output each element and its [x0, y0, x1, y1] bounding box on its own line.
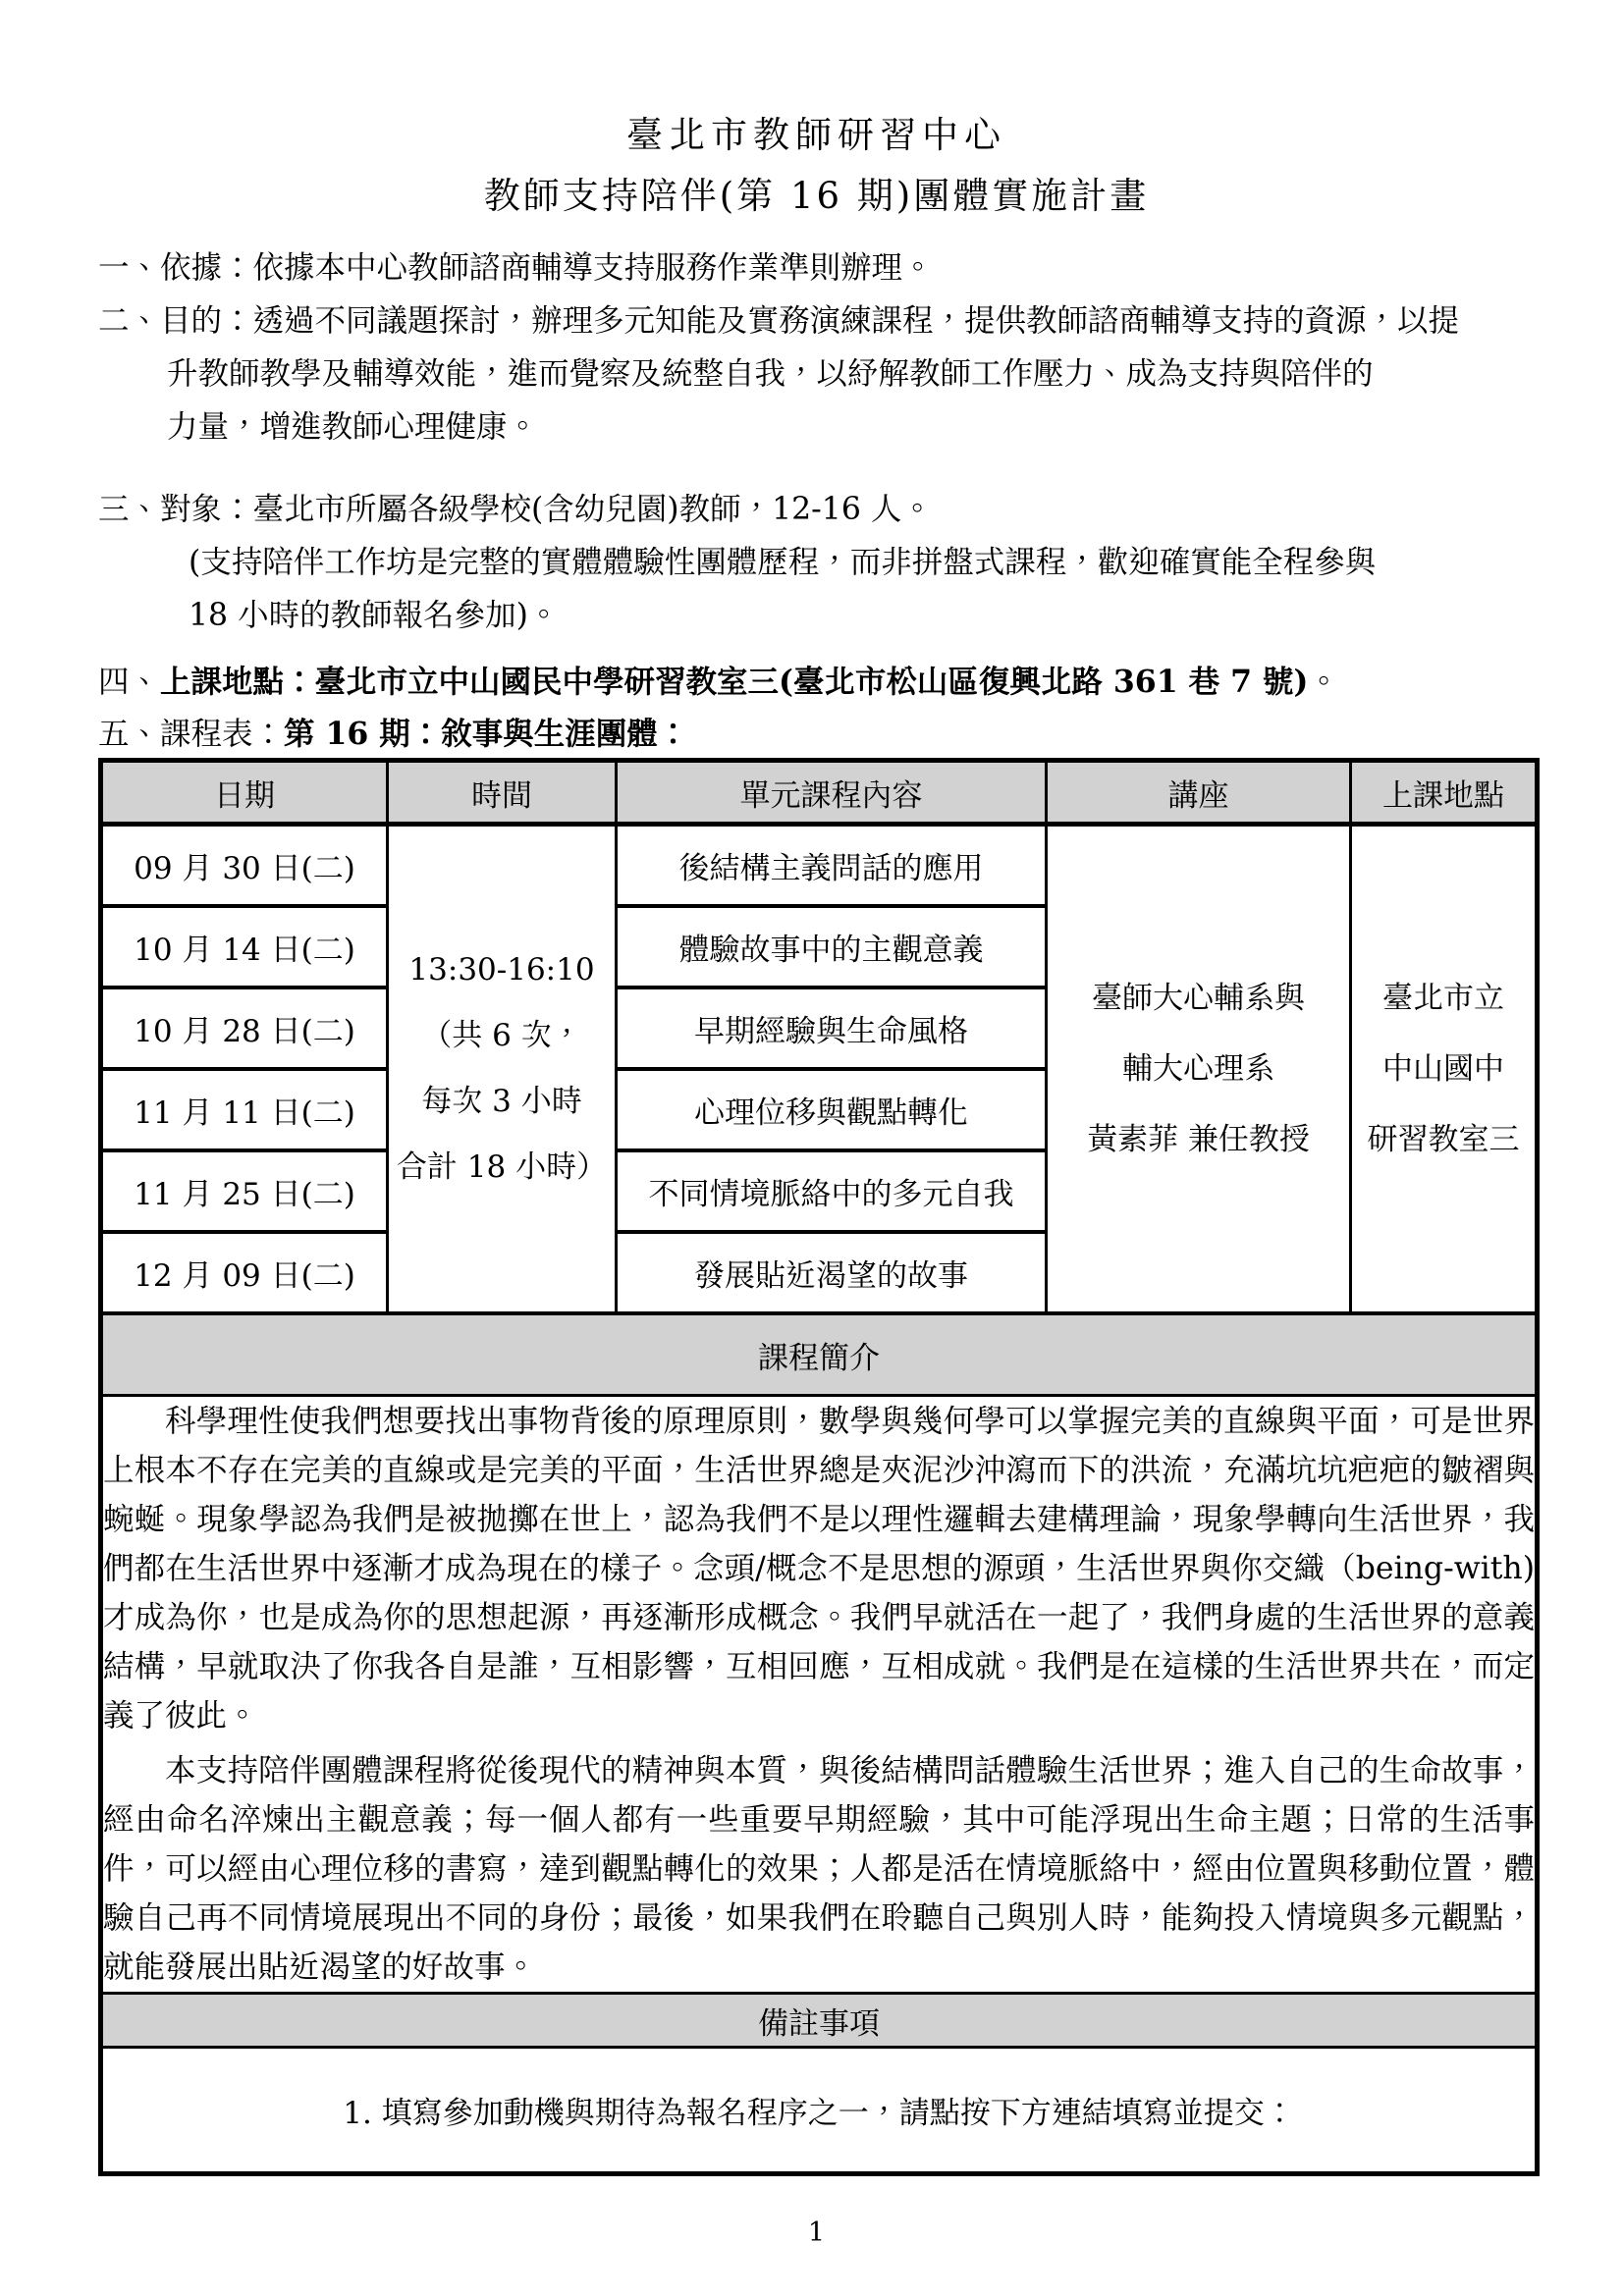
document-page: 臺北市教師研習中心 教師支持陪伴(第 16 期)團體實施計畫 一、依據：依據本中… [0, 0, 1624, 2296]
section-purpose-line-2: 升教師教學及輔導效能，進而覺察及統整自我，以紓解教師工作壓力、成為支持與陪伴的 [98, 347, 1535, 400]
time-cell: 13:30-16:10 （共 6 次， 每次 3 小時 合計 18 小時） [388, 825, 617, 1314]
column-header-unit: 單元課程內容 [617, 761, 1047, 825]
page-number: 1 [98, 2217, 1535, 2248]
page-content: 臺北市教師研習中心 教師支持陪伴(第 16 期)團體實施計畫 一、依據：依據本中… [98, 0, 1535, 2248]
table-header-row: 日期 時間 單元課程內容 講座 上課地點 [101, 761, 1538, 825]
unit-cell-3: 早期經驗與生命風格 [617, 988, 1047, 1069]
lecturer-line-2: 輔大心理系 [1048, 1034, 1349, 1104]
section-location-suffix: 。 [1308, 665, 1339, 700]
section-audience-line-1: 三、對象：臺北市所屬各級學校(含幼兒園)教師，12-16 人。 [98, 483, 1535, 536]
column-header-date: 日期 [101, 761, 388, 825]
lecturer-cell: 臺師大心輔系與 輔大心理系 黃素菲 兼任教授 [1047, 825, 1351, 1314]
column-header-lecturer: 講座 [1047, 761, 1351, 825]
location-line-1: 臺北市立 [1352, 963, 1535, 1034]
section-class-location: 四、上課地點：臺北市立中山國民中學研習教室三(臺北市松山區復興北路 361 巷 … [98, 656, 1535, 709]
lecturer-line-3: 黃素菲 兼任教授 [1048, 1104, 1349, 1175]
time-line-3: 每次 3 小時 [389, 1069, 615, 1135]
intro-header-row: 課程簡介 [101, 1313, 1538, 1396]
doc-title-line2: 教師支持陪伴(第 16 期)團體實施計畫 [98, 167, 1535, 226]
time-line-1: 13:30-16:10 [389, 937, 615, 1003]
time-line-4: 合計 18 小時） [389, 1135, 615, 1201]
section-basis: 一、依據：依據本中心教師諮商輔導支持服務作業準則辦理。 [98, 241, 1535, 294]
table-row: 09 月 30 日(二) 13:30-16:10 （共 6 次， 每次 3 小時… [101, 825, 1538, 907]
date-cell-5: 11 月 25 日(二) [101, 1150, 388, 1232]
notes-header-row: 備註事項 [101, 1994, 1538, 2048]
date-cell-4: 11 月 11 日(二) [101, 1069, 388, 1150]
intro-cell: 科學理性使我們想要找出事物背後的原理原則，數學與幾何學可以掌握完美的直線與平面，… [101, 1396, 1538, 1994]
section-purpose-line-1: 二、目的：透過不同議題探討，辦理多元知能及實務演練課程，提供教師諮商輔導支持的資… [98, 294, 1535, 347]
date-cell-2: 10 月 14 日(二) [101, 906, 388, 988]
location-line-3: 研習教室三 [1352, 1104, 1535, 1175]
section-audience-line-3: 18 小時的教師報名參加)。 [98, 589, 1535, 642]
time-line-2: （共 6 次， [389, 1003, 615, 1069]
section-schedule-bold-text: 第 16 期：敘事與生涯團體： [284, 716, 688, 752]
column-header-time: 時間 [388, 761, 617, 825]
location-cell: 臺北市立 中山國中 研習教室三 [1351, 825, 1538, 1314]
intro-body-row: 科學理性使我們想要找出事物背後的原理原則，數學與幾何學可以掌握完美的直線與平面，… [101, 1396, 1538, 1994]
section-audience: 三、對象：臺北市所屬各級學校(含幼兒園)教師，12-16 人。 (支持陪伴工作坊… [98, 483, 1535, 642]
date-cell-6: 12 月 09 日(二) [101, 1232, 388, 1313]
unit-cell-1: 後結構主義問話的應用 [617, 825, 1047, 907]
note-item-1: 1. 填寫參加動機與期待為報名程序之一，請點按下方連結填寫並提交： [101, 2048, 1538, 2174]
section-basis-line: 一、依據：依據本中心教師諮商輔導支持服務作業準則辦理。 [98, 241, 1535, 294]
doc-title-line1: 臺北市教師研習中心 [98, 104, 1535, 167]
unit-cell-4: 心理位移與觀點轉化 [617, 1069, 1047, 1150]
column-header-location: 上課地點 [1351, 761, 1538, 825]
section-location-bold-text: 上課地點：臺北市立中山國民中學研習教室三(臺北市松山區復興北路 361 巷 7 … [160, 664, 1308, 700]
intro-paragraph-1: 科學理性使我們想要找出事物背後的原理原則，數學與幾何學可以掌握完美的直線與平面，… [103, 1397, 1535, 1740]
location-line-2: 中山國中 [1352, 1034, 1535, 1104]
unit-cell-2: 體驗故事中的主觀意義 [617, 906, 1047, 988]
section-schedule-label: 五、課程表：第 16 期：敘事與生涯團體： [98, 709, 1535, 760]
date-cell-1: 09 月 30 日(二) [101, 825, 388, 907]
notes-header-band: 備註事項 [101, 1994, 1538, 2048]
section-schedule-prefix: 五、課程表： [98, 717, 284, 752]
intro-header-band: 課程簡介 [101, 1313, 1538, 1396]
section-purpose-line-3: 力量，增進教師心理健康。 [98, 400, 1535, 454]
unit-cell-5: 不同情境脈絡中的多元自我 [617, 1150, 1047, 1232]
numbered-items: 一、依據：依據本中心教師諮商輔導支持服務作業準則辦理。 二、目的：透過不同議題探… [98, 241, 1535, 760]
section-audience-line-2: (支持陪伴工作坊是完整的實體體驗性團體歷程，而非拼盤式課程，歡迎確實能全程參與 [98, 536, 1535, 589]
section-location-prefix: 四、 [98, 665, 160, 700]
lecturer-line-1: 臺師大心輔系與 [1048, 963, 1349, 1034]
notes-body-row: 1. 填寫參加動機與期待為報名程序之一，請點按下方連結填寫並提交： [101, 2048, 1538, 2174]
date-cell-3: 10 月 28 日(二) [101, 988, 388, 1069]
unit-cell-6: 發展貼近渴望的故事 [617, 1232, 1047, 1313]
intro-paragraph-2: 本支持陪伴團體課程將從後現代的精神與本質，與後結構問話體驗生活世界；進入自己的生… [103, 1746, 1535, 1992]
title-block: 臺北市教師研習中心 教師支持陪伴(第 16 期)團體實施計畫 [98, 0, 1535, 226]
section-purpose: 二、目的：透過不同議題探討，辦理多元知能及實務演練課程，提供教師諮商輔導支持的資… [98, 294, 1535, 454]
course-schedule-table: 日期 時間 單元課程內容 講座 上課地點 09 月 30 日(二) 13:30-… [98, 758, 1540, 2176]
